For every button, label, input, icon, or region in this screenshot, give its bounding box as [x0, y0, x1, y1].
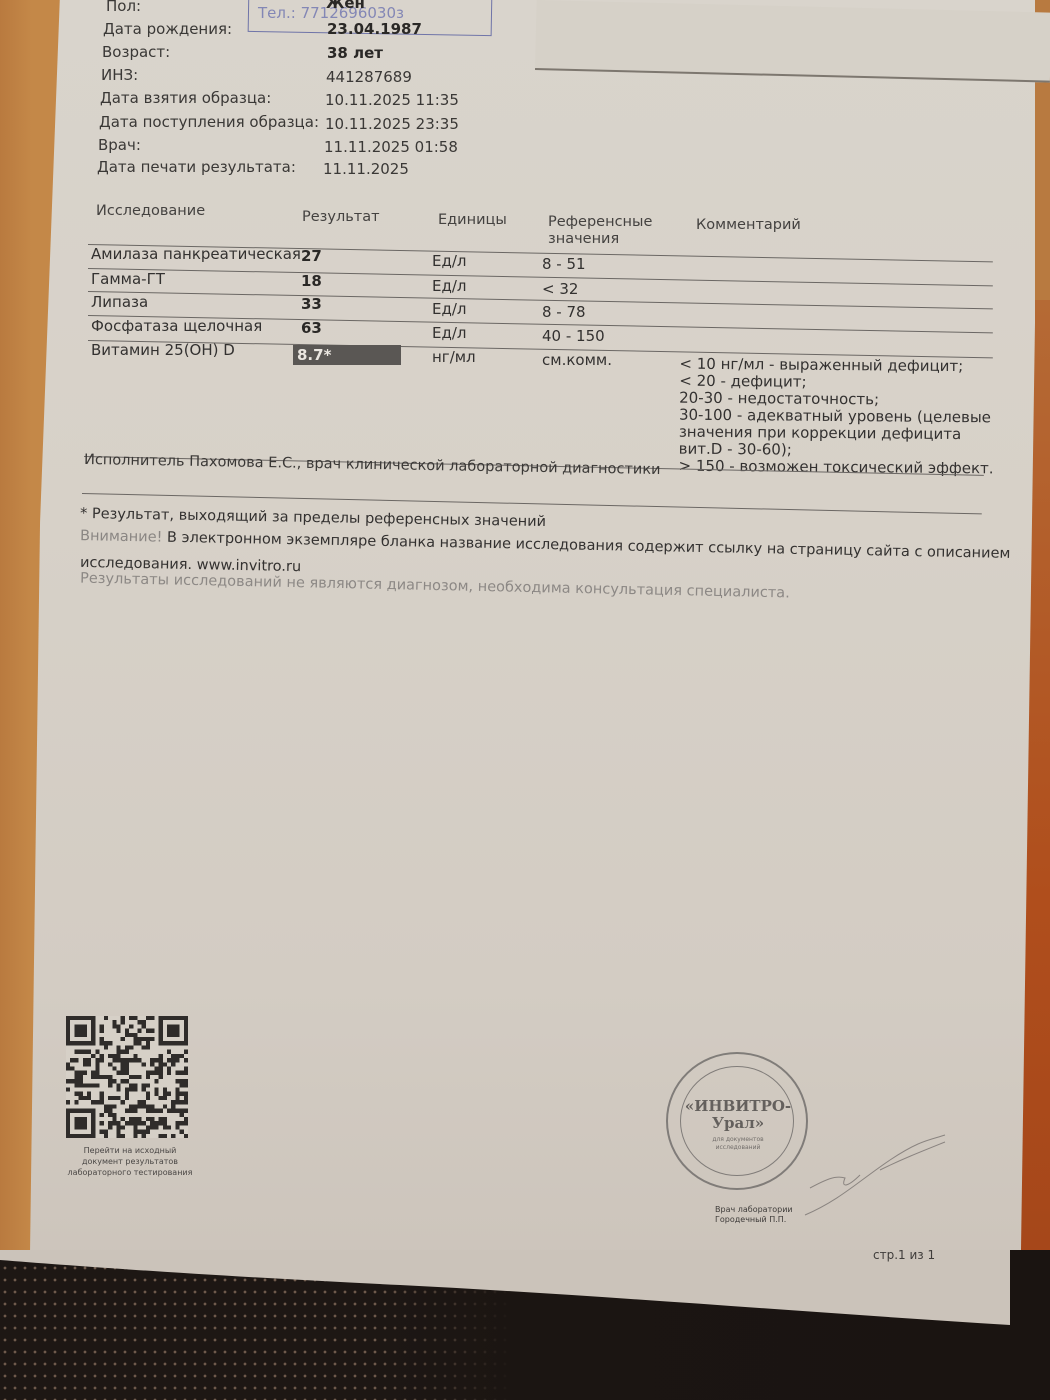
test-name: Амилаза панкреатическая — [91, 245, 301, 263]
result-flagged: 8.7* — [293, 345, 401, 365]
reference-range: 8 - 51 — [542, 255, 586, 273]
field-label: Дата рождения: — [103, 20, 232, 38]
field-value: 23.04.1987 — [327, 20, 422, 38]
reference-range: < 32 — [542, 280, 578, 298]
header-reference: Референсные значения — [548, 214, 652, 248]
field-label: Дата поступления образца: — [99, 113, 319, 131]
test-name: Гамма-ГТ — [91, 270, 165, 288]
header-reference-line2: значения — [548, 231, 652, 248]
field-label: Дата взятия образца: — [100, 89, 271, 107]
header-result: Результат — [302, 209, 380, 226]
seal-title: «ИНВИТРО- Урал» — [668, 1098, 808, 1132]
units: Ед/л — [432, 277, 467, 295]
field-value: 441287689 — [326, 68, 412, 86]
field-value: Жен — [326, 0, 365, 12]
vitamin-d-comment: < 10 нг/мл - выраженный дефицит;< 20 - д… — [678, 356, 994, 478]
header-test: Исследование — [96, 203, 205, 220]
signer-name: Городечный П.П. — [715, 1215, 793, 1225]
seal-title-line2: Урал» — [668, 1115, 808, 1132]
seal-subtitle-line1: для документов — [668, 1136, 808, 1144]
invitro-seal: «ИНВИТРО- Урал» для документов исследова… — [666, 1052, 808, 1190]
result-value: 33 — [301, 295, 322, 313]
paper-bottom-edge — [0, 1250, 1050, 1330]
field-label: ИНЗ: — [101, 66, 138, 84]
qr-caption-line: лабораторного тестирования — [55, 1167, 205, 1178]
header-units: Единицы — [438, 212, 507, 229]
qr-caption: Перейти на исходныйдокумент результатовл… — [55, 1145, 205, 1178]
units: Ед/л — [432, 252, 467, 270]
test-name: Фосфатаза щелочная — [91, 317, 262, 335]
result-value: 63 — [301, 319, 322, 337]
field-label: Дата печати результата: — [97, 158, 296, 176]
result-value: 18 — [301, 272, 322, 290]
field-label: Возраст: — [102, 43, 170, 61]
units: нг/мл — [432, 348, 476, 366]
test-name: Липаза — [91, 293, 148, 311]
qr-caption-line: документ результатов — [55, 1156, 205, 1167]
field-value: 10.11.2025 11:35 — [325, 91, 459, 109]
field-value: 38 лет — [327, 44, 383, 62]
units: Ед/л — [432, 300, 467, 318]
page-indicator-overlay: стр.1 из 1 — [873, 1248, 935, 1262]
reference-range: см.комм. — [542, 351, 612, 369]
header-reference-line1: Референсные — [548, 214, 652, 231]
lab-doctor: Врач лаборатории Городечный П.П. — [715, 1205, 793, 1225]
overlapping-sheet — [535, 0, 1050, 83]
qr-code[interactable] — [66, 1016, 188, 1138]
signature — [800, 1130, 950, 1220]
header-comment: Комментарий — [696, 217, 801, 234]
field-label: Пол: — [106, 0, 141, 15]
test-name: Витамин 25(OH) D — [91, 341, 235, 359]
result-value: 27 — [301, 247, 322, 265]
field-value: 10.11.2025 23:35 — [325, 115, 459, 133]
qr-caption-line: Перейти на исходный — [55, 1145, 205, 1156]
reference-range: 40 - 150 — [542, 327, 605, 345]
field-value: 11.11.2025 01:58 — [324, 138, 458, 156]
seal-title-line1: «ИНВИТРО- — [668, 1098, 808, 1115]
notice-prefix: Внимание! — [80, 528, 163, 546]
signer-title: Врач лаборатории — [715, 1205, 793, 1215]
field-label: Врач: — [98, 136, 141, 154]
seal-subtitle-line2: исследований — [668, 1144, 808, 1152]
seal-subtitle: для документов исследований — [668, 1136, 808, 1152]
field-value: 11.11.2025 — [323, 160, 409, 178]
reference-range: 8 - 78 — [542, 303, 586, 321]
units: Ед/л — [432, 324, 467, 342]
